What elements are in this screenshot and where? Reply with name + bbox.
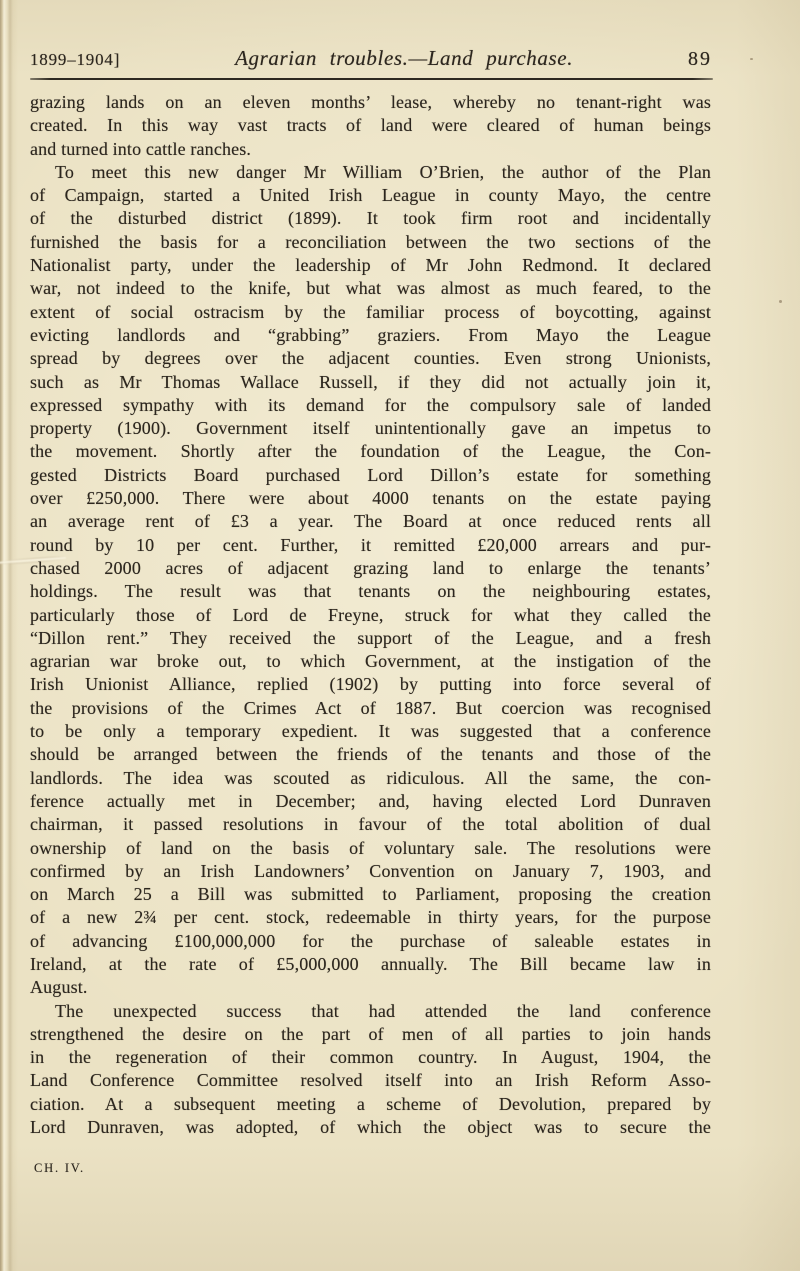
text-line: should be arranged between the friends o… [30, 743, 711, 766]
text-line: over £250,000. There were about 4000 ten… [30, 487, 711, 510]
text-line: “Dillon rent.” They received the support… [30, 627, 711, 650]
text-line: of the disturbed district (1899). It too… [30, 207, 711, 230]
book-page: 1899–1904] Agrarian troubles.—Land purch… [0, 0, 800, 1271]
header-date-range: 1899–1904] [30, 50, 120, 70]
text-line: an average rent of £3 a year. The Board … [30, 510, 711, 533]
text-line: confirmed by an Irish Landowners’ Conven… [30, 860, 711, 883]
paper-speck [779, 300, 782, 303]
text-line: ference actually met in December; and, h… [30, 790, 711, 813]
text-line: the movement. Shortly after the foundati… [30, 440, 711, 463]
text-line: particularly those of Lord de Freyne, st… [30, 604, 711, 627]
text-line: furnished the basis for a reconciliation… [30, 231, 711, 254]
text-line: Irish Unionist Alliance, replied (1902) … [30, 673, 711, 696]
text-line: on March 25 a Bill was submitted to Parl… [30, 883, 711, 906]
paragraph: grazing lands on an eleven months’ lease… [30, 91, 711, 161]
text-line: ownership of land on the basis of volunt… [30, 837, 711, 860]
text-line: and turned into cattle ranches. [30, 138, 711, 161]
paper-speck [750, 58, 753, 60]
text-line: landlords. The idea was scouted as ridic… [30, 767, 711, 790]
text-line: war, not indeed to the knife, but what w… [30, 277, 711, 300]
chapter-signature: CH. IV. [34, 1161, 85, 1176]
paragraph: To meet this new danger Mr William O’Bri… [30, 161, 711, 1000]
text-line: August. [30, 976, 711, 999]
text-line: Nationalist party, under the leadership … [30, 254, 711, 277]
text-line: holdings. The result was that tenants on… [30, 580, 711, 603]
text-line: evicting landlords and “grabbing” grazie… [30, 324, 711, 347]
text-line: spread by degrees over the adjacent coun… [30, 347, 711, 370]
text-line: expressed sympathy with its demand for t… [30, 394, 711, 417]
text-line: ciation. At a subsequent meeting a schem… [30, 1093, 711, 1116]
text-line: in the regeneration of their common coun… [30, 1046, 711, 1069]
text-line: gested Districts Board purchased Lord Di… [30, 464, 711, 487]
text-line: The unexpected success that had attended… [30, 1000, 711, 1023]
text-line: of Campaign, started a United Irish Leag… [30, 184, 711, 207]
page-header: 1899–1904] Agrarian troubles.—Land purch… [30, 46, 712, 71]
text-line: to be only a temporary expedient. It was… [30, 720, 711, 743]
text-line: Lord Dunraven, was adopted, of which the… [30, 1116, 711, 1139]
text-line: chased 2000 acres of adjacent grazing la… [30, 557, 711, 580]
paragraph: The unexpected success that had attended… [30, 1000, 711, 1140]
text-line: strengthened the desire on the part of m… [30, 1023, 711, 1046]
text-line: of advancing £100,000,000 for the purcha… [30, 930, 711, 953]
text-line: Ireland, at the rate of £5,000,000 annua… [30, 953, 711, 976]
page-gutter-shadow [0, 0, 18, 1271]
text-line: agrarian war broke out, to which Governm… [30, 650, 711, 673]
text-line: Land Conference Committee resolved itsel… [30, 1069, 711, 1092]
text-line: extent of social ostracism by the famili… [30, 301, 711, 324]
text-line: To meet this new danger Mr William O’Bri… [30, 161, 711, 184]
text-line: round by 10 per cent. Further, it remitt… [30, 534, 711, 557]
text-line: the provisions of the Crimes Act of 1887… [30, 697, 711, 720]
text-line: such as Mr Thomas Wallace Russell, if th… [30, 371, 711, 394]
header-rule [30, 78, 713, 80]
text-line: grazing lands on an eleven months’ lease… [30, 91, 711, 114]
text-line: created. In this way vast tracts of land… [30, 114, 711, 137]
running-title: Agrarian troubles.—Land purchase. [235, 46, 573, 71]
page-number: 89 [688, 48, 712, 71]
text-line: chairman, it passed resolutions in favou… [30, 813, 711, 836]
text-line: of a new 2¾ per cent. stock, redeemable … [30, 906, 711, 929]
page-body: grazing lands on an eleven months’ lease… [30, 91, 711, 1139]
text-line: property (1900). Government itself unint… [30, 417, 711, 440]
